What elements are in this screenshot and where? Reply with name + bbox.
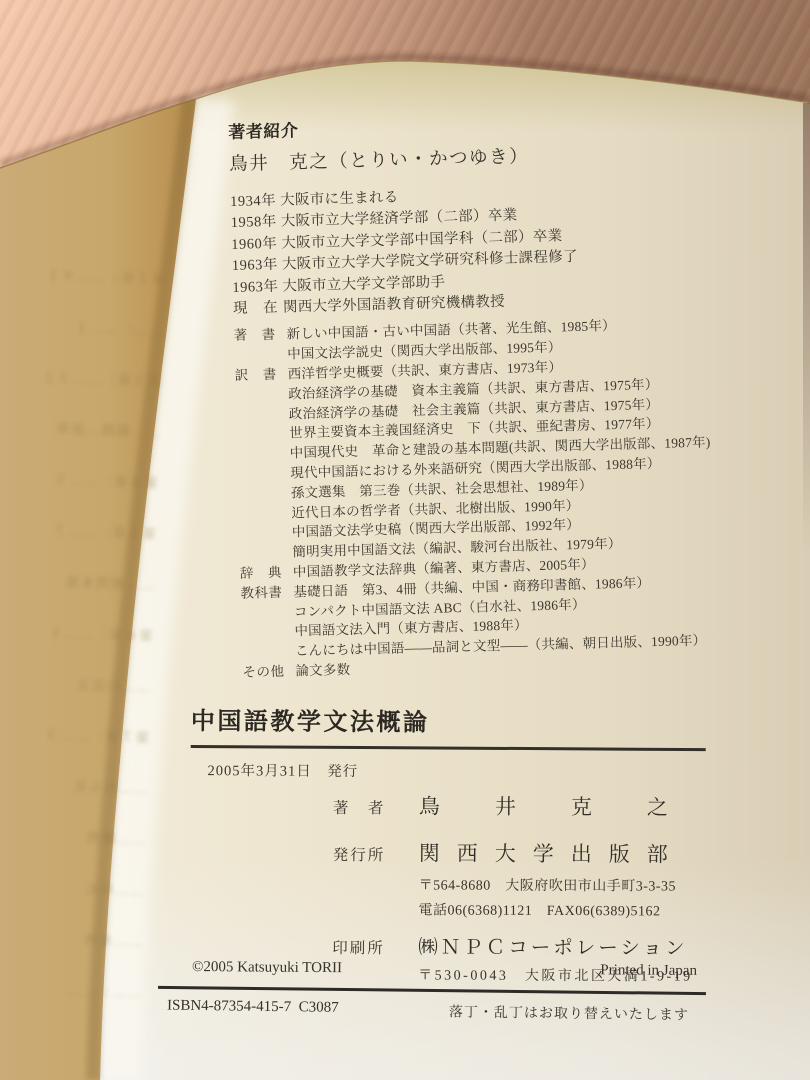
showthrough-line: 第２章：……９１ <box>14 264 166 320</box>
imprint-author-value: 鳥井克之 <box>419 790 723 821</box>
author-intro-section: 著者紹介 鳥井 克之（とりい・かつゆき） 1934年 大阪市に生まれる 1958… <box>228 105 729 682</box>
history-text: 大阪市に生まれる <box>280 188 399 212</box>
imprint-block: 著 者 鳥井克之 発行所 関西大学出版部 〒564-8680 大阪府吹田市山手町… <box>332 790 713 986</box>
right-page-side-edge <box>803 103 810 553</box>
works-category-label <box>241 602 286 623</box>
showthrough-line: ……れら見 <box>0 773 148 829</box>
imprint-printer-row: 印刷所 ㈱ＮＰＣコーポレーション <box>332 931 712 961</box>
history-year-label: 1963年 <box>232 255 283 278</box>
works-category-label <box>242 642 287 663</box>
book-title: 中国語教学文法概論 <box>191 701 706 739</box>
imprint-author-label: 著 者 <box>333 796 419 818</box>
works-category-label <box>237 464 282 485</box>
history-year-label: 1958年 <box>230 212 281 235</box>
works-text: 論文多数 <box>295 660 350 681</box>
showthrough-line: 第４章：……５ <box>6 467 158 523</box>
history-text: 関西大学外国語教育研究機構教授 <box>283 292 505 319</box>
showthrough-line: ……：…… <box>0 977 140 1033</box>
works-category-label: その他 <box>242 662 287 683</box>
imprint-printer-value: ㈱ＮＰＣコーポレーション <box>418 931 687 960</box>
author-works-list: 著 書 新しい中国語・古い中国語（共著、光生館、1985年） 中国文法学説史（関… <box>233 314 728 683</box>
book-colophon-photo: 第２章：……９１……：……１第３章：……３２……隔間…語単第４章：……５第５章：… <box>0 0 810 1080</box>
showthrough-line: 第３章：……３２ <box>10 366 162 422</box>
imprint-publisher-label: 発行所 <box>333 843 419 865</box>
showthrough-line: ……の法文 <box>0 671 151 727</box>
publisher-address: 〒564-8680 大阪府吹田市山手町3-3-35 <box>419 874 713 895</box>
works-category-label: 辞 典 <box>240 563 285 584</box>
works-category-label <box>235 385 280 406</box>
imprint-publisher-value: 関西大学出版部 <box>419 837 685 868</box>
showthrough-line: ……章終 <box>0 926 142 982</box>
history-year-label: 1963年 <box>232 276 283 299</box>
imprint-printer-label: 印刷所 <box>332 936 418 958</box>
works-category-label <box>238 484 283 505</box>
works-category-label <box>238 503 283 524</box>
showthrough-line: 第６章：……１ <box>1 620 153 676</box>
works-category-label: 著 書 <box>233 325 278 346</box>
showthrough-line: 第７章：……３ <box>0 722 149 778</box>
history-year-label: 1934年 <box>230 191 281 214</box>
showthrough-line: ……：……１ <box>12 315 164 371</box>
works-category-label <box>239 523 284 544</box>
works-category-label <box>241 622 286 643</box>
showthrough-line: ……題問 <box>0 824 146 880</box>
colophon-title-block: 中国語教学文法概論 2005年3月31日 発行 <box>191 701 706 783</box>
works-category-label <box>236 424 281 445</box>
title-rule <box>191 745 706 751</box>
publication-date: 2005年3月31日 発行 <box>208 759 706 783</box>
imprint-author-row: 著 者 鳥井克之 <box>333 790 713 822</box>
imprint-publisher-row: 発行所 関西大学出版部 <box>333 837 713 869</box>
author-history-list: 1934年 大阪市に生まれる 1958年 大阪市立大学経済学部（二部）卒業 19… <box>230 179 719 320</box>
works-category-label: 教科書 <box>240 582 285 603</box>
showthrough-line: ……隔間…語単 <box>8 417 160 473</box>
copyright-text: ©2005 Katsuyuki TORII <box>192 959 342 977</box>
history-year-label: 現 在 <box>233 298 284 321</box>
works-category-label: 訳 書 <box>234 365 279 386</box>
works-category-label <box>239 543 284 564</box>
showthrough-line: ……用応 <box>0 875 144 931</box>
author-name: 鳥井 克之（とりい・かつゆき） <box>229 137 716 176</box>
works-category-label <box>237 444 282 465</box>
left-page-showthrough: 第２章：……９１……：……１第３章：……３２……隔間…語単第４章：……５第５章：… <box>0 264 165 1034</box>
showthrough-line: ……題問本基 <box>3 569 155 625</box>
showthrough-line: 第５章：……７ <box>5 518 157 574</box>
printed-in-text: Printed in Japan <box>600 962 697 980</box>
publisher-phone: 電話06(6368)1121 FAX06(6389)5162 <box>418 899 712 920</box>
works-category-label <box>234 345 279 366</box>
works-category-label <box>236 404 281 425</box>
defect-replacement-notice: 落丁・乱丁はお取り替えいたします <box>449 1001 689 1024</box>
history-year-label: 1960年 <box>231 233 282 256</box>
isbn-text: ISBN4-87354-415-7 C3087 <box>167 998 339 1020</box>
